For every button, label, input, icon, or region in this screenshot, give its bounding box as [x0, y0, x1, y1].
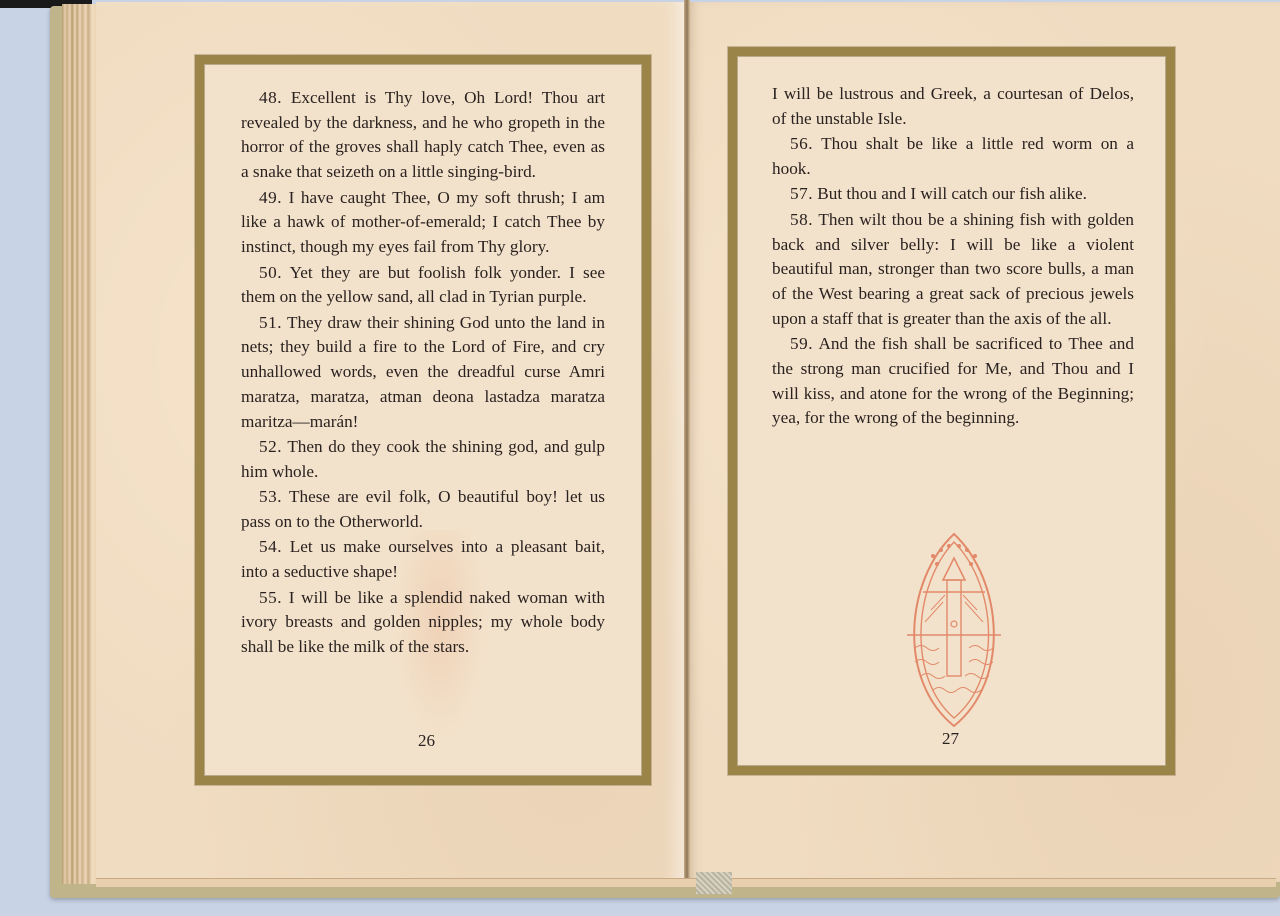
- verse-59: 59. And the fish shall be sacrificed to …: [772, 332, 1134, 431]
- page-bottom-edge: [96, 878, 1276, 887]
- verse-53: 53. These are evil folk, O beautiful boy…: [241, 485, 605, 534]
- verse-text: They draw their shining God unto the lan…: [241, 313, 605, 431]
- verse-number: 48.: [259, 88, 282, 107]
- bookmark-ribbon: [696, 872, 732, 894]
- verse-number: 59.: [790, 334, 813, 353]
- verse-text: And the fish shall be sacrificed to Thee…: [772, 334, 1134, 427]
- verse-number: 50.: [259, 263, 282, 282]
- verse-text: Let us make ourselves into a pleasant ba…: [241, 537, 605, 581]
- verse-text: But thou and I will catch our fish alike…: [817, 184, 1087, 203]
- verse-text: Excellent is Thy love, Oh Lord! Thou art…: [241, 88, 605, 181]
- verse-text: I will be like a splendid naked woman wi…: [241, 588, 605, 656]
- page-number: 27: [942, 729, 959, 749]
- verse-51: 51. They draw their shining God unto the…: [241, 311, 605, 435]
- verse-text: Then do they cook the shining god, and g…: [241, 437, 605, 481]
- verse-54: 54. Let us make ourselves into a pleasan…: [241, 535, 605, 584]
- verse-56: 56. Thou shalt be like a little red worm…: [772, 132, 1134, 181]
- verse-57: 57. But thou and I will catch our fish a…: [772, 182, 1134, 207]
- verse-number: 54.: [259, 537, 282, 556]
- verse-number: 52.: [259, 437, 282, 456]
- verse-text: Yet they are but foolish folk yonder. I …: [241, 263, 605, 307]
- right-page-text: I will be lustrous and Greek, a courtesa…: [772, 82, 1134, 432]
- verse-text: I have caught Thee, O my soft thrush; I …: [241, 188, 605, 256]
- verse-49: 49. I have caught Thee, O my soft thrush…: [241, 186, 605, 260]
- verse-number: 55.: [259, 588, 282, 607]
- verse-number: 58.: [790, 210, 813, 229]
- verse-52: 52. Then do they cook the shining god, a…: [241, 435, 605, 484]
- left-page-text: 48. Excellent is Thy love, Oh Lord! Thou…: [241, 86, 605, 661]
- verse-number: 57.: [790, 184, 813, 203]
- verse-48: 48. Excellent is Thy love, Oh Lord! Thou…: [241, 86, 605, 185]
- verse-text: Thou shalt be like a little red worm on …: [772, 134, 1134, 178]
- vesica-seal-stamp-icon: [893, 530, 1015, 730]
- page-number: 26: [418, 731, 435, 751]
- verse-number: 51.: [259, 313, 282, 332]
- verse-55-continuation: I will be lustrous and Greek, a courtesa…: [772, 82, 1134, 131]
- verse-number: 53.: [259, 487, 282, 506]
- verse-number: 49.: [259, 188, 282, 207]
- book-gutter: [684, 0, 690, 886]
- verse-55: 55. I will be like a splendid naked woma…: [241, 586, 605, 660]
- verse-number: 56.: [790, 134, 813, 153]
- verse-58: 58. Then wilt thou be a shining fish wit…: [772, 208, 1134, 332]
- verse-50: 50. Yet they are but foolish folk yonder…: [241, 261, 605, 310]
- verse-text: Then wilt thou be a shining fish with go…: [772, 210, 1134, 328]
- verse-text: These are evil folk, O beautiful boy! le…: [241, 487, 605, 531]
